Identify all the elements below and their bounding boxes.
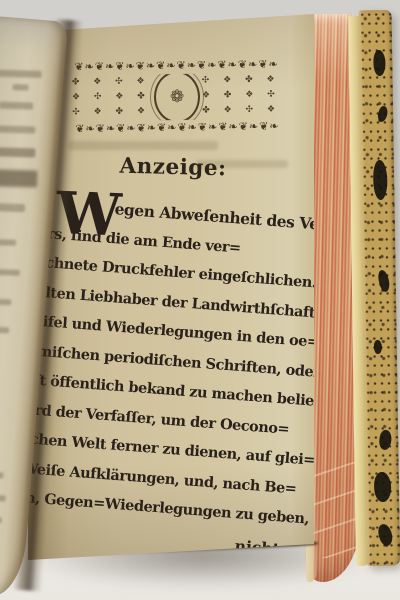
- ghost-text-line: [0, 147, 35, 157]
- book-photograph: ❦❧❦❧❦❧❦❧❦❧❦❧❦❧❦❧❦❧❦❧ ✤ ❖ ✣ ❖ ✤ ❖ ✣ ❖ ✤ ❖…: [0, 0, 400, 600]
- headpiece-scroll-border-bottom: ❦❧❦❧❦❧❦❧❦❧❦❧❦❧❦❧❦❧❦❧: [68, 118, 286, 137]
- page-heading: Anzeige:: [98, 153, 249, 182]
- cover-ink-blotch: [374, 340, 382, 354]
- printers-ornament-headpiece: ❦❧❦❧❦❧❦❧❦❧❦❧❦❧❦❧❦❧❦❧ ✤ ❖ ✣ ❖ ✤ ❖ ✣ ❖ ✤ ❖…: [67, 56, 286, 137]
- ink-showthrough: [68, 141, 218, 150]
- ghost-text-line: [0, 203, 25, 212]
- headpiece-fleuron-field: ✤ ❖ ✣ ❖ ✤ ❖ ✣ ❖ ✤ ❖ ✣ ❖ ✤ ❖ ✣ ❖ ✤ ❖ ✣ ❖ …: [68, 72, 287, 121]
- ghost-text-line: [0, 70, 42, 78]
- ghost-text-line: [0, 102, 33, 110]
- cover-ink-blotch: [378, 429, 392, 450]
- ghost-text-line: [0, 326, 9, 333]
- ghost-title-line: [0, 169, 38, 188]
- headpiece-center-medallion: ❁: [154, 72, 201, 121]
- cover-ink-blotch: [374, 472, 391, 502]
- ghost-text-line: [0, 472, 3, 479]
- cover-ink-blotch: [373, 160, 388, 200]
- ghost-text-line: [13, 84, 29, 90]
- ghost-text-line: [0, 125, 35, 133]
- ghost-text-line: [0, 269, 20, 276]
- ghost-text-line: [0, 516, 2, 523]
- cover-ink-blotch: [377, 523, 395, 547]
- cover-ink-blotch: [373, 50, 385, 76]
- ghost-text-line: [0, 298, 11, 305]
- cover-ink-blotch: [377, 105, 389, 123]
- cover-ink-blotch: [377, 269, 391, 292]
- ghost-text-line: [0, 494, 6, 501]
- ghost-text-line: [0, 239, 16, 246]
